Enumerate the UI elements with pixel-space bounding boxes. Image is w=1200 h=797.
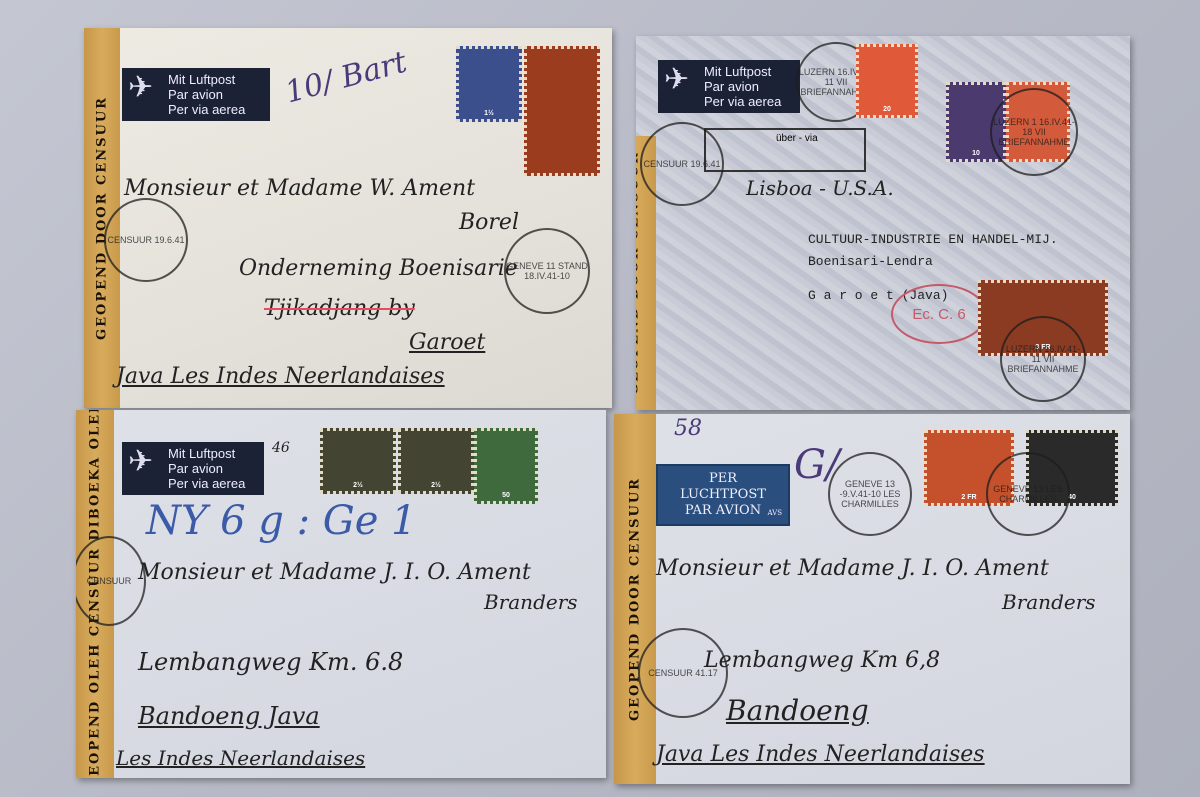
address-line: Java Les Indes Neerlandaises [656,742,985,767]
annotation: 10/ Bart [282,45,411,111]
stamp: 2½ [398,428,474,494]
airplane-icon: ✈ [128,447,153,477]
envelope-bottom-right: GEOPEND DOOR CENSUUR 58 PER LUCHTPOST PA… [614,414,1130,784]
postmark: CENSUUR 19.6.41 [640,122,724,206]
envelope-top-right: GEOPEND DOOR CENSUUR ✈ Mit Luftpost Par … [636,36,1130,410]
address-line: Bandoeng Java [138,702,320,730]
address-line: Monsieur et Madame J. I. O. Ament [656,556,1049,581]
postmark: CENSUUR [76,536,146,626]
address-line: Tjikadjang by [264,296,415,321]
airmail-label: ✈ Mit Luftpost Par avion Per via aerea [658,60,800,113]
postmark: CENSUUR 41.17 [638,628,728,718]
small-note: 46 [272,440,290,456]
address-line: Branders [1002,590,1096,614]
annotation: NY 6 g : Ge 1 [146,498,417,544]
envelope-bottom-left: GEOPEND OLEH CENSUUR DIBOEKA OLEH ✈ Mit … [76,410,606,778]
stamp: 20 [856,44,918,118]
postmark: CENSUUR 19.6.41 [104,198,188,282]
postmark: GENEVE 13 -9.V.41-10 LES CHARMILLES [828,452,912,536]
address-line: CULTUUR-INDUSTRIE EN HANDEL-MIJ. [808,232,1058,247]
airmail-label: PER LUCHTPOST PAR AVION AVS [656,464,790,526]
stamp: 50 [474,428,538,504]
airplane-icon: ✈ [128,73,153,103]
address-line: Lembangweg Km 6,8 [704,648,940,673]
address-line: Borel [459,210,519,235]
address-line: Lembangweg Km. 6.8 [138,648,403,676]
address-line: Branders [484,590,578,614]
postmark: LUZERN 1 16.IV.41-18 VII BRIEFANNAHME [990,88,1078,176]
address-line: Java Les Indes Neerlandaises [116,364,445,389]
address-line: Monsieur et Madame J. I. O. Ament [138,560,531,585]
airmail-label: ✈ Mit Luftpost Par avion Per via aerea [122,442,264,495]
stamp: 1½ [456,46,522,122]
routing-box: über - via [704,128,866,172]
airplane-icon: ✈ [664,65,689,95]
airmail-label: ✈ Mit Luftpost Par avion Per via aerea [122,68,270,121]
censor-tape: GEOPEND DOOR CENSUUR [614,414,656,784]
address-line: Garoet [409,330,485,355]
postmark: GENEVE 13 LES CHARMILLES [986,452,1070,536]
small-note: 58 [674,416,702,441]
address-line: Monsieur et Madame W. Ament [124,176,475,201]
censor-mark: Ec. C. 6 [891,284,987,344]
annotation: Lisboa - U.S.A. [746,176,894,200]
address-line: Boenisari-Lendra [808,254,933,269]
stamp: 2½ [320,428,396,494]
address-line: Les Indes Neerlandaises [116,746,365,770]
address-line: Onderneming Boenisarie [239,256,518,281]
postmark: LUZERN 16.IV.41-11 VII BRIEFANNAHME [1000,316,1086,402]
address-line: Bandoeng [726,694,869,727]
stamp [524,46,600,176]
envelope-top-left: GEOPEND DOOR CENSUUR ✈ Mit Luftpost Par … [84,28,612,408]
